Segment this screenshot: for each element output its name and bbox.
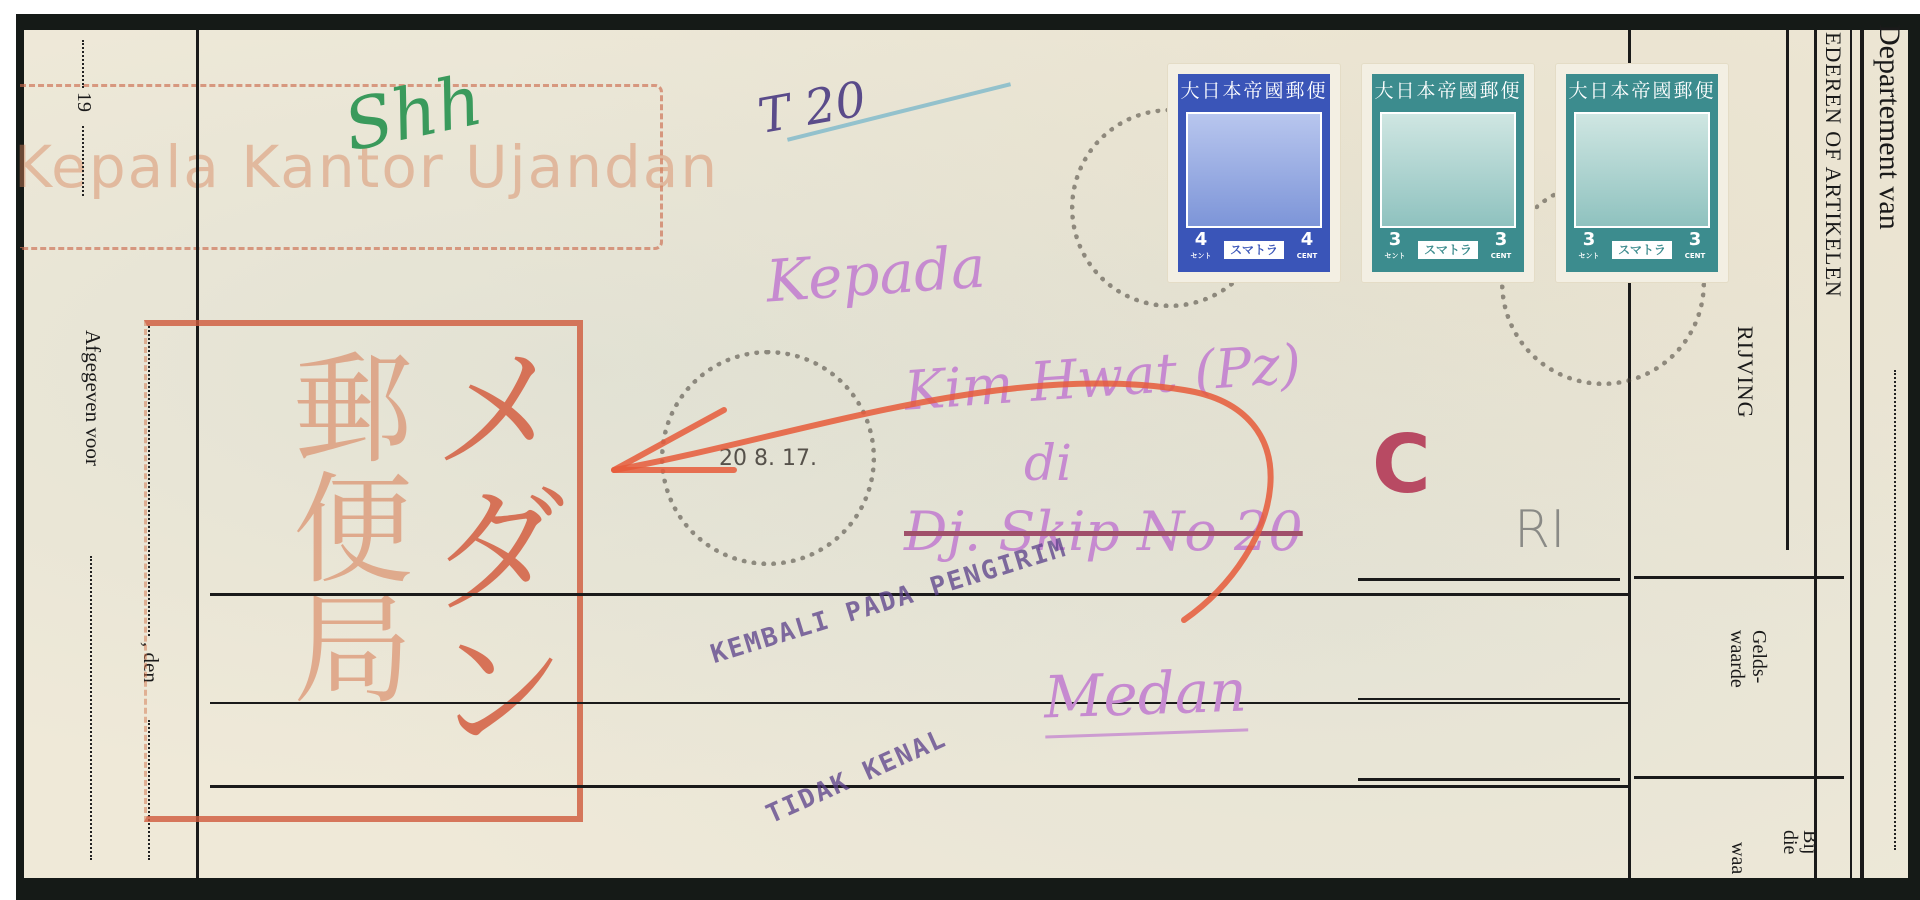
gelds-label: Gelds- [1748,630,1770,683]
beschrijving-heading: RIJVING [1732,326,1758,419]
year-dotted-line [82,40,84,88]
waarde-label: waarde [1726,630,1748,688]
stamp-name: スマトラ [1612,241,1672,259]
gelds-waarde-label: Gelds- waarde [1726,630,1770,688]
address-city: Medan [1043,656,1248,738]
right-rule-2 [1634,776,1844,779]
stamp-value-left: 4 [1195,229,1208,250]
far-right-rule-1 [1358,578,1620,581]
right-rule-1 [1634,576,1844,579]
stamp-value-right: 3 [1495,229,1508,250]
stamp-picture-house [1574,112,1710,228]
stamp-value-right: 3 [1689,229,1702,250]
stamp-picture-house [1380,112,1516,228]
stamp-value-right: 4 [1301,229,1314,250]
stamp-name: スマトラ [1224,241,1284,259]
postage-stamp-3-cent-b: 大日本帝國郵便 3セント スマトラ 3CENT [1556,64,1728,282]
die-label: die [1778,830,1801,854]
stamp-name: スマトラ [1418,241,1478,259]
far-right-rule-3 [1358,778,1620,781]
stamp-header: 大日本帝國郵便 [1372,74,1524,108]
pencil-note: RI [1514,500,1565,560]
stamp-unit-right: CENT [1290,248,1324,264]
ederen-of-artikelen-heading: EDEREN OF ARTIKELEN [1820,32,1846,298]
stamp-unit-right: CENT [1484,248,1518,264]
right-edge-line-1 [1814,30,1817,878]
postage-stamp-4-cent: 大日本帝國郵便 4セント スマトラ 4CENT [1168,64,1340,282]
stamp-header: 大日本帝國郵便 [1566,74,1718,108]
stamp-unit-left: セント [1184,248,1218,264]
red-c-mark: C [1372,418,1431,511]
waa-label: waa [1726,842,1749,874]
right-edge-line-2 [1850,30,1852,878]
stamp-unit-left: セント [1572,248,1606,264]
postal-form: Kepala Kantor Ujandan 19 Afgegeven voor … [24,30,1908,878]
stamp-value-left: 3 [1389,229,1402,250]
department-dotted-line [1894,370,1896,850]
red-seal-kana: メダン [417,336,557,756]
unknown-addressee-stamp: TIDAK KENAL [762,724,952,830]
address-kepada: Kepada [764,232,988,315]
far-right-rule-2 [1358,698,1620,700]
red-square-seal: メダン 郵便局 [144,320,583,822]
stamp-value-left: 3 [1583,229,1596,250]
stamp-header: 大日本帝國郵便 [1178,74,1330,108]
year-dotted-line-2 [82,126,84,196]
red-seal-kanji: 郵便局 [277,346,407,706]
red-arrow-icon [584,350,1344,650]
beschrijving-divider [1786,30,1789,550]
postage-stamp-3-cent-a: 大日本帝國郵便 3セント スマトラ 3CENT [1362,64,1534,282]
stamp-unit-left: セント [1378,248,1412,264]
stamp-picture-house [1186,112,1322,228]
bij-label: Bij [1798,830,1821,854]
rule-2 [210,702,1628,704]
afgegeven-voor-label: Afgegeven voor [80,330,105,466]
departement-van-heading: Departement van [1872,24,1906,230]
year-prefix: 19 [72,92,95,112]
afgegeven-dotted-line [90,556,92,860]
rule-3 [210,785,1628,788]
stamp-unit-right: CENT [1678,248,1712,264]
right-edge-line-3 [1860,30,1864,878]
